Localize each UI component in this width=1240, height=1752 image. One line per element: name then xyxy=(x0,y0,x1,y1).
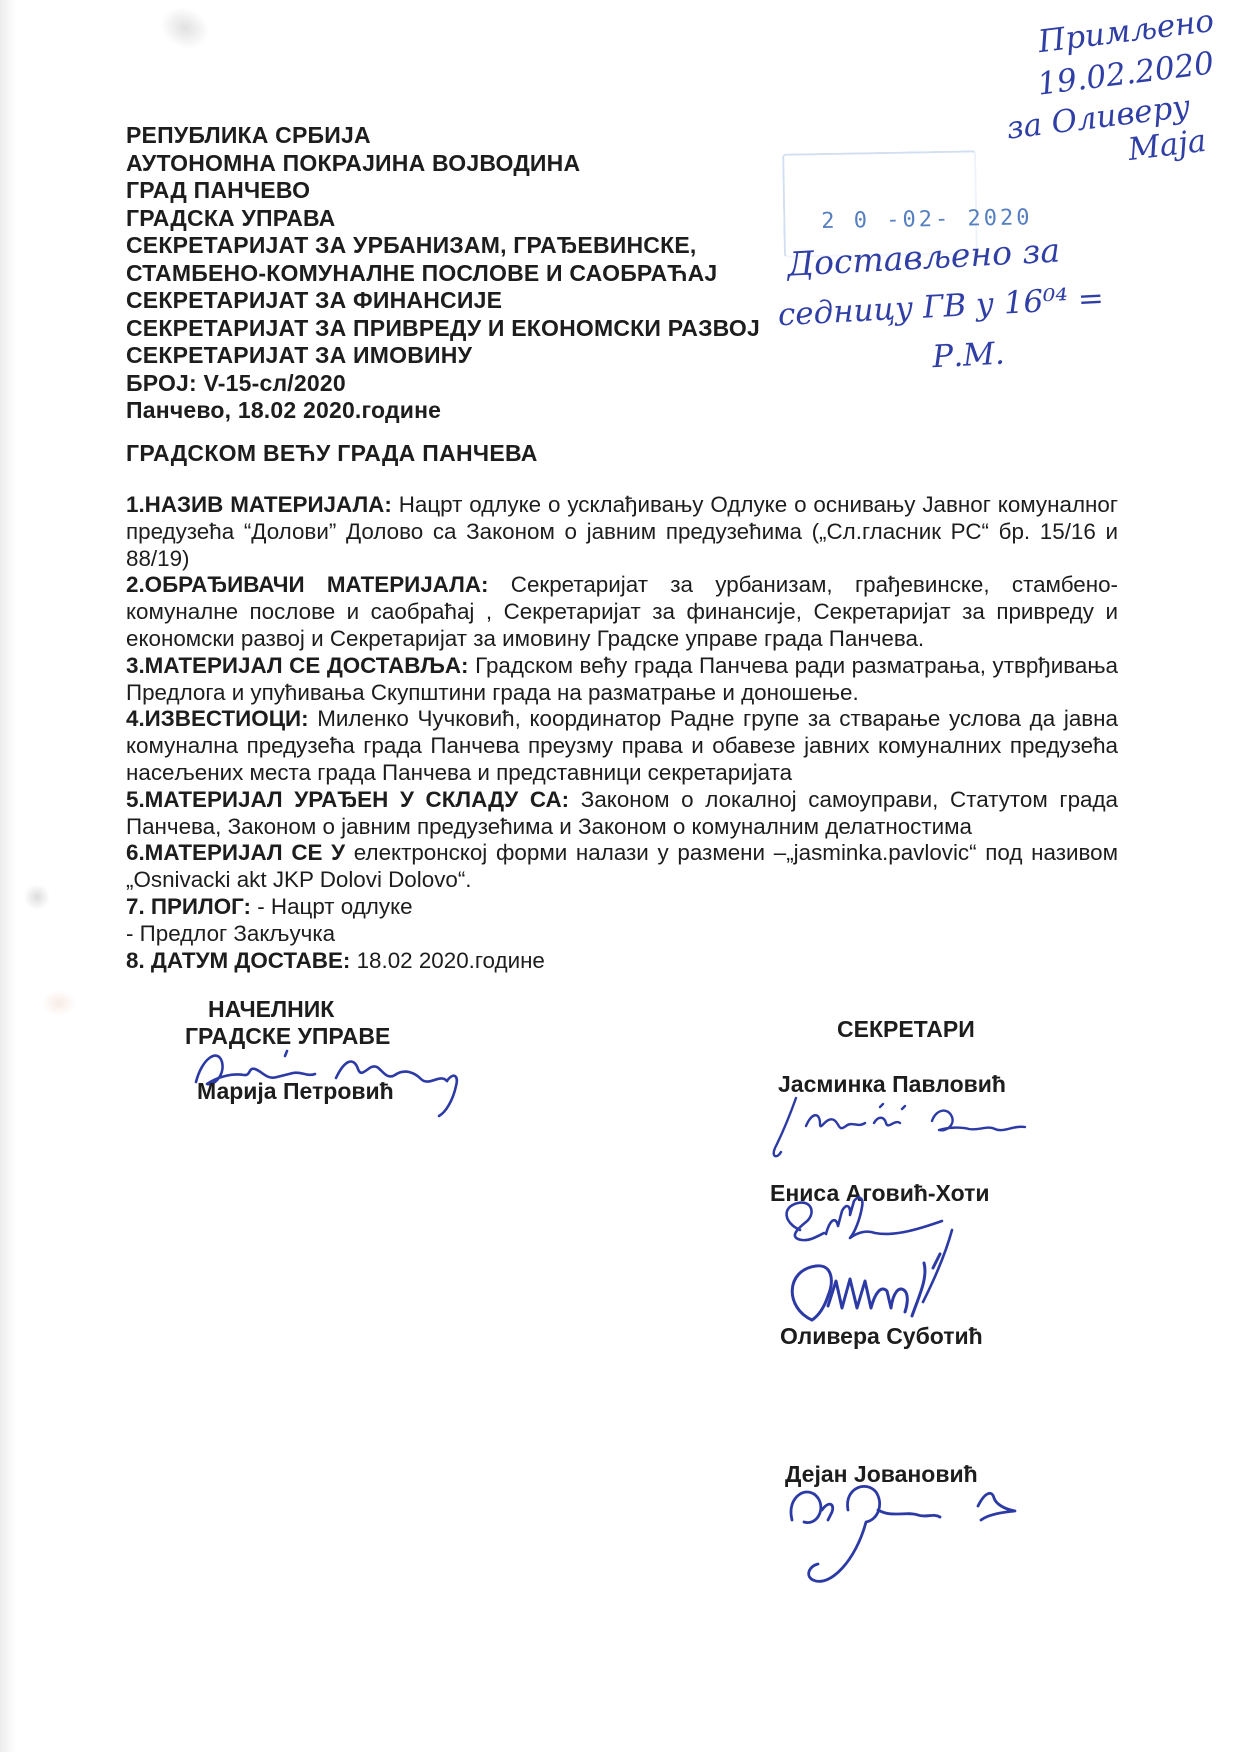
paragraph: 7. ПРИЛОГ: - Нацрт одлуке xyxy=(126,894,1118,921)
delivery-note-line: Р.М. xyxy=(931,336,1005,376)
letterhead-line: СЕКРЕТАРИЈАТ ЗА ИМОВИНУ xyxy=(126,342,760,370)
delivery-note-line: седницу ГВ у 16⁰⁴ = xyxy=(777,280,1105,333)
paragraph: 4.ИЗВЕСТИОЦИ: Миленко Чучковић, координа… xyxy=(126,706,1118,786)
paragraph: 1.НАЗИВ МАТЕРИЈАЛА: Нацрт одлуке о ускла… xyxy=(126,492,1118,572)
paragraph: 3.МАТЕРИЈАЛ СЕ ДОСТАВЉА: Градском већу г… xyxy=(126,653,1118,707)
signature-marija-petrovic xyxy=(188,1030,473,1120)
paragraph-label: 1.НАЗИВ МАТЕРИЈАЛА: xyxy=(126,492,392,517)
paragraph: 6.МАТЕРИЈАЛ СЕ У електронској форми нала… xyxy=(126,840,1118,894)
letterhead-line: СТАМБЕНО-КОМУНАЛНЕ ПОСЛОВЕ И САОБРАЋАЈ xyxy=(126,260,760,288)
scanned-document-page: РЕПУБЛИКА СРБИЈА АУТОНОМНА ПОКРАЈИНА ВОЈ… xyxy=(0,0,1240,1752)
handwritten-received-note: Примљено 19.02.2020 за Оливеру Маја xyxy=(993,0,1240,199)
paragraph-label: 4.ИЗВЕСТИОЦИ: xyxy=(126,706,309,731)
document-number-line: БРОЈ: V-15-сл/2020 xyxy=(126,370,760,398)
scan-smudge xyxy=(154,0,216,57)
scan-edge-shadow xyxy=(0,0,16,1752)
paragraph-label: 2.ОБРАЂИВАЧИ МАТЕРИЈАЛА: xyxy=(126,572,488,597)
letterhead-line: РЕПУБЛИКА СРБИЈА xyxy=(126,122,760,150)
left-signatory-name: Марија Петровић xyxy=(197,1078,394,1105)
letterhead-line: СЕКРЕТАРИЈАТ ЗА ФИНАНСИЈЕ xyxy=(126,287,760,315)
addressee-line: ГРАДСКОМ ВЕЋУ ГРАДА ПАНЧЕВА xyxy=(126,440,538,467)
secretary-name: Оливера Суботић xyxy=(780,1323,983,1350)
signature-jasminka-pavlovic xyxy=(762,1088,1032,1163)
letterhead-line: СЕКРЕТАРИЈАТ ЗА ПРИВРЕДУ И ЕКОНОМСКИ РАЗ… xyxy=(126,315,760,343)
letterhead-line: ГРАД ПАНЧЕВО xyxy=(126,177,760,205)
stamp-date: 2 0 -02- 2020 xyxy=(821,205,1033,234)
letterhead: РЕПУБЛИКА СРБИЈА АУТОНОМНА ПОКРАЈИНА ВОЈ… xyxy=(126,122,760,425)
paragraph-label: 6.МАТЕРИЈАЛ СЕ У xyxy=(126,840,345,865)
paragraph-label: 3.МАТЕРИЈАЛ СЕ ДОСТАВЉА: xyxy=(126,653,469,678)
paragraph-label: 7. ПРИЛОГ: xyxy=(126,894,251,919)
paragraph-text: - Нацрт одлуке xyxy=(251,894,413,919)
letterhead-line: АУТОНОМНА ПОКРАЈИНА ВОЈВОДИНА xyxy=(126,150,760,178)
left-signatory-title: НАЧЕЛНИК xyxy=(208,996,334,1023)
scan-smudge xyxy=(42,990,76,1016)
paragraph-text: - Предлог Закључка xyxy=(126,921,335,946)
document-body: 1.НАЗИВ МАТЕРИЈАЛА: Нацрт одлуке о ускла… xyxy=(126,492,1118,974)
paragraph-label: 8. ДАТУМ ДОСТАВЕ: xyxy=(126,948,350,973)
right-signatories-title: СЕКРЕТАРИ xyxy=(837,1016,975,1043)
paragraph: 5.МАТЕРИЈАЛ УРАЂЕН У СКЛАДУ СА: Законом … xyxy=(126,787,1118,841)
letterhead-line: СЕКРЕТАРИЈАТ ЗА УРБАНИЗАМ, ГРАЂЕВИНСКЕ, xyxy=(126,232,760,260)
handwritten-delivery-note: Достављено за седницу ГВ у 16⁰⁴ = Р.М. xyxy=(774,231,1061,395)
signature-dejan-jovanovic xyxy=(782,1480,1032,1600)
place-date-line: Панчево, 18.02 2020.године xyxy=(126,397,760,425)
paragraph: 2.ОБРАЂИВАЧИ МАТЕРИЈАЛА: Секретаријат за… xyxy=(126,572,1118,652)
paragraph-label: 5.МАТЕРИЈАЛ УРАЂЕН У СКЛАДУ СА: xyxy=(126,787,569,812)
paragraph: 8. ДАТУМ ДОСТАВЕ: 18.02 2020.године xyxy=(126,948,1118,975)
scan-smudge xyxy=(24,884,50,910)
paragraph: - Предлог Закључка xyxy=(126,921,1118,948)
letterhead-line: ГРАДСКА УПРАВА xyxy=(126,205,760,233)
paragraph-text: 18.02 2020.године xyxy=(350,948,545,973)
